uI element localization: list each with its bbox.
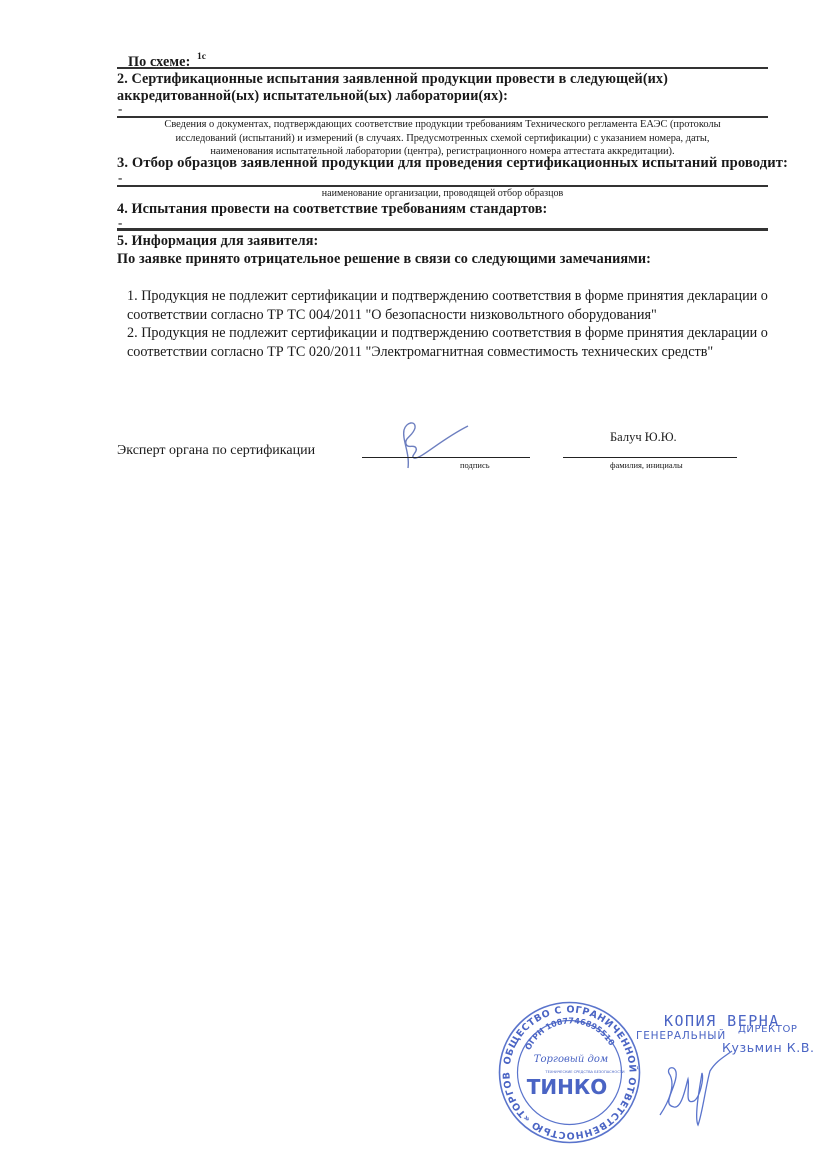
expert-role: Эксперт органа по сертификации xyxy=(117,443,315,459)
section3-caption: наименование организации, проводящей отб… xyxy=(117,187,768,201)
remarks-list: 1. Продукция не подлежит сертификации и … xyxy=(127,287,777,361)
section3-value: - xyxy=(118,170,122,186)
remark-1-line2: соответствии согласно ТР ТС 004/2011 "О … xyxy=(127,306,777,325)
section2-caption-line2: исследований (испытаний) и измерений (в … xyxy=(117,132,768,146)
seal-icon: ОБЩЕСТВО С ОГРАНИЧЕННОЙ ОТВЕТСТВЕННОСТЬЮ… xyxy=(497,1000,642,1145)
copy-title-director: ДИРЕКТОР xyxy=(738,1024,798,1035)
remark-item: 1. Продукция не подлежит сертификации и … xyxy=(127,287,777,324)
section5-subheading: По заявке принято отрицательное решение … xyxy=(117,251,651,268)
name-caption: фамилия, инициалы xyxy=(610,460,683,470)
seal-logo: ТИНКО xyxy=(527,1075,607,1099)
section2-heading-line1: 2. Сертификационные испытания заявленной… xyxy=(117,71,668,88)
director-signature-icon xyxy=(650,1045,740,1130)
signature-line xyxy=(362,457,530,458)
section2-value: - xyxy=(118,101,122,117)
section3-heading: 3. Отбор образцов заявленной продукции д… xyxy=(117,155,788,172)
remark-2-line2: соответствии согласно ТР ТС 020/2011 "Эл… xyxy=(127,343,777,362)
remark-1-line1: 1. Продукция не подлежит сертификации и … xyxy=(127,287,777,306)
divider xyxy=(117,228,768,231)
signature-caption: подпись xyxy=(460,460,490,470)
section2-heading-line2: аккредитованной(ых) испытательной(ых) ла… xyxy=(117,88,508,105)
divider xyxy=(117,67,768,69)
section5-heading: 5. Информация для заявителя: xyxy=(117,233,318,250)
seal-script: Торговый дом xyxy=(534,1054,608,1065)
company-seal: ОБЩЕСТВО С ОГРАНИЧЕННОЙ ОТВЕТСТВЕННОСТЬЮ… xyxy=(497,1000,642,1145)
copy-title-general: ГЕНЕРАЛЬНЫЙ xyxy=(636,1030,726,1042)
remark-2-line1: 2. Продукция не подлежит сертификации и … xyxy=(127,324,777,343)
seal-small-text: ТЕХНИЧЕСКИЕ СРЕДСТВА БЕЗОПАСНОСТИ xyxy=(544,1070,625,1074)
section2-caption-line1: Сведения о документах, подтверждающих со… xyxy=(117,118,768,132)
scheme-value: 1с xyxy=(197,52,206,62)
remark-item: 2. Продукция не подлежит сертификации и … xyxy=(127,324,777,361)
section4-heading: 4. Испытания провести на соответствие тр… xyxy=(117,201,547,218)
section2-caption: Сведения о документах, подтверждающих со… xyxy=(117,118,768,159)
name-line xyxy=(563,457,737,458)
expert-name: Балуч Ю.Ю. xyxy=(610,430,677,445)
